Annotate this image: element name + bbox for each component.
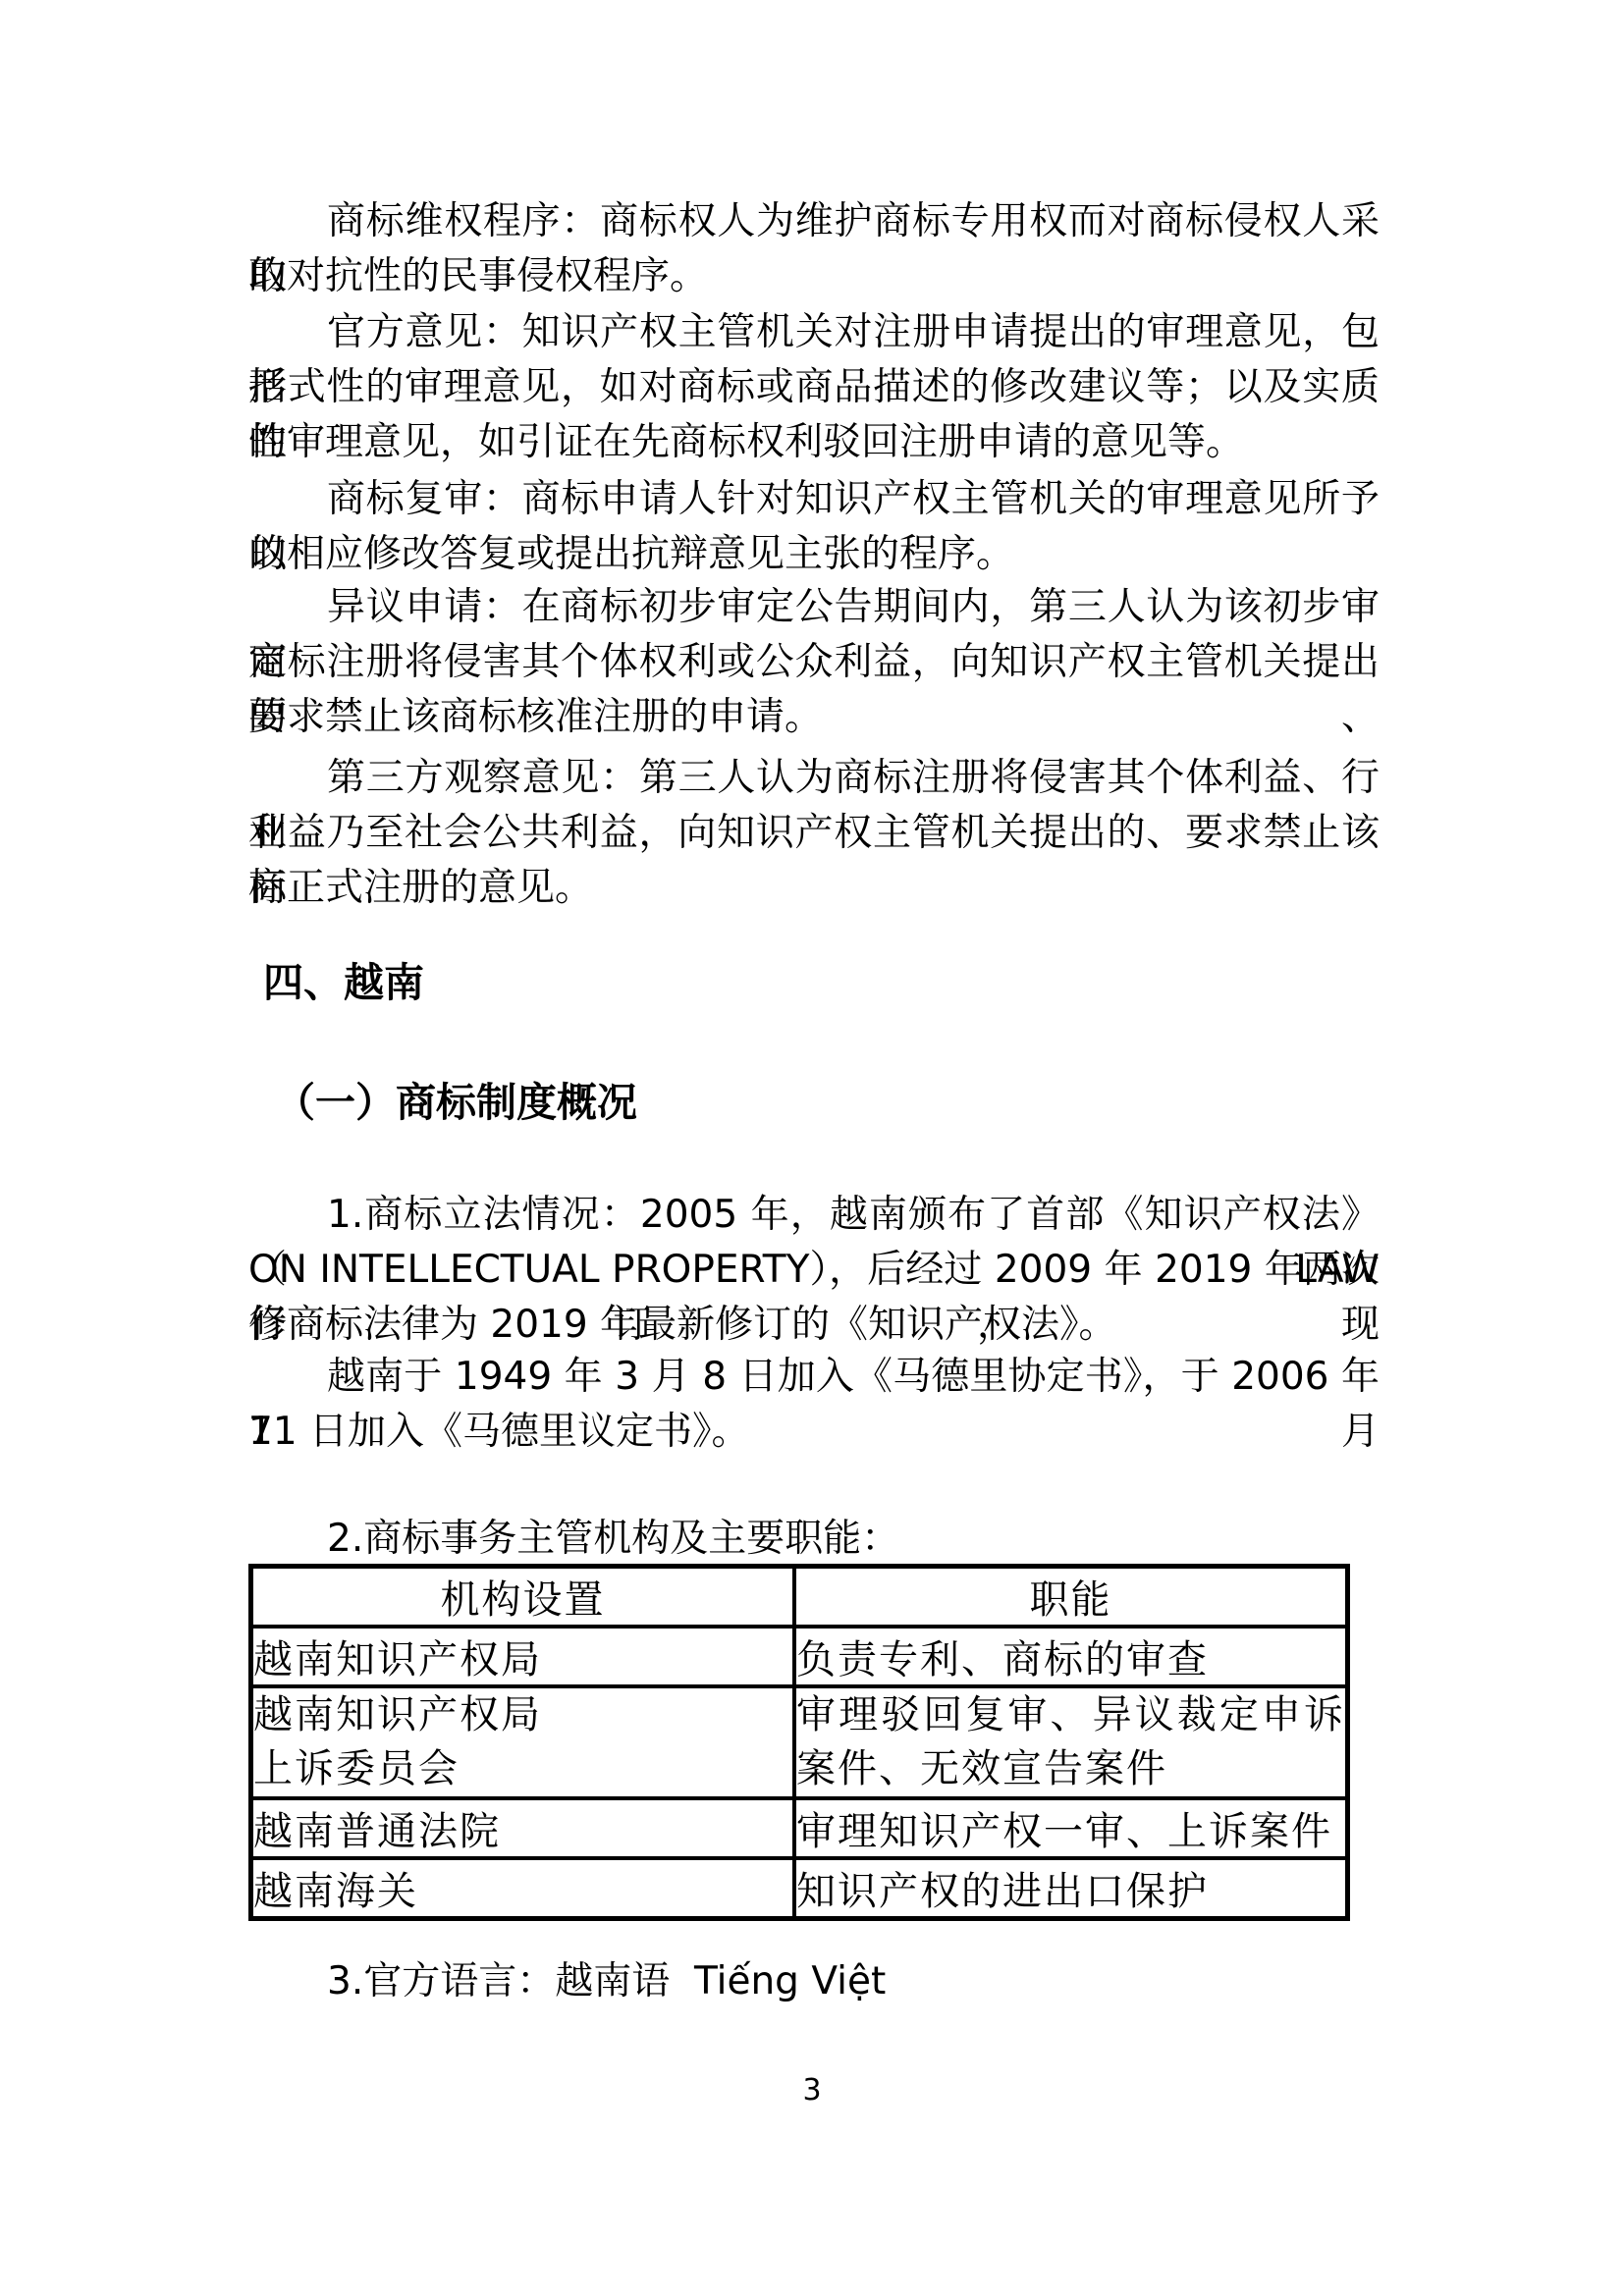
text-line: ON INTELLECTUAL PROPERTY），后经过 2009 年 201… (248, 1243, 1380, 1298)
text-line: 商标复审：商标申请人针对知识产权主管机关的审理意见所予以 (248, 472, 1380, 527)
table-cell-org: 越南海关 (251, 1858, 795, 1919)
text-line: 商标注册将侵害其个体权利或公众利益，向知识产权主管机关提出的、 (248, 635, 1380, 690)
table-row: 越南海关 知识产权的进出口保护 (251, 1858, 1348, 1919)
text-line: 官方意见：知识产权主管机关对注册申请提出的审理意见，包括 (248, 305, 1380, 360)
text-line: 2.商标事务主管机构及主要职能： (248, 1512, 1380, 1567)
table-cell-duty: 审理知识产权一审、上诉案件 (794, 1798, 1348, 1858)
text-line: 商标维权程序：商标权人为维护商标专用权而对商标侵权人采取 (248, 194, 1380, 249)
text-line: 标正式注册的意见。 (248, 861, 1380, 916)
text-line: 的审理意见，如引证在先商标权利驳回注册申请的意见等。 (248, 415, 1380, 470)
table-header-org: 机构设置 (251, 1567, 795, 1628)
text-line: 越南于 1949 年 3 月 8 日加入《马德里协定书》，于 2006 年 7 … (248, 1350, 1380, 1405)
text-line: 3.官方语言：越南语 Tiếng Việt (248, 1954, 1380, 2009)
table-cell-org: 越南知识产权局 (251, 1627, 795, 1686)
subsection-heading-trademark-system-overview: （一）商标制度概况 (275, 1075, 637, 1130)
paragraph-official-language: 3.官方语言：越南语 Tiếng Việt (248, 1954, 1380, 2009)
table-cell-duty: 审理驳回复审、异议裁定申诉 案件、无效宣告案件 (794, 1686, 1348, 1798)
table-row: 越南知识产权局 上诉委员会 审理驳回复审、异议裁定申诉 案件、无效宣告案件 (251, 1686, 1348, 1798)
text-line: 越南知识产权局 (253, 1688, 792, 1742)
text-line: 1.商标立法情况：2005 年，越南颁布了首部《知识产权法》（LAW (248, 1188, 1380, 1243)
paragraph-third-party-observation: 第三方观察意见：第三人认为商标注册将侵害其个体利益、行业 利益乃至社会公共利益，… (248, 751, 1380, 916)
section-heading-vietnam: 四、越南 (263, 955, 424, 1010)
paragraph-trademark-review: 商标复审：商标申请人针对知识产权主管机关的审理意见所予以 的相应修改答复或提出抗… (248, 472, 1380, 582)
table-header-duty: 职能 (794, 1567, 1348, 1628)
table-cell-org: 越南普通法院 (251, 1798, 795, 1858)
paragraph-trademark-legislation: 1.商标立法情况：2005 年，越南颁布了首部《知识产权法》（LAW ON IN… (248, 1188, 1380, 1353)
text-line: 异议申请：在商标初步审定公告期间内，第三人认为该初步审定 (248, 580, 1380, 635)
document-page: 商标维权程序：商标权人为维护商标专用权而对商标侵权人采取 的对抗性的民事侵权程序… (0, 0, 1624, 2296)
text-line: 上诉委员会 (253, 1742, 792, 1796)
paragraph-opposition-application: 异议申请：在商标初步审定公告期间内，第三人认为该初步审定 商标注册将侵害其个体权… (248, 580, 1380, 745)
table-row: 越南普通法院 审理知识产权一审、上诉案件 (251, 1798, 1348, 1858)
text-line: 的相应修改答复或提出抗辩意见主张的程序。 (248, 527, 1380, 582)
paragraph-madrid-accession: 越南于 1949 年 3 月 8 日加入《马德里协定书》，于 2006 年 7 … (248, 1350, 1380, 1460)
table-header-row: 机构设置 职能 (251, 1567, 1348, 1628)
table-cell-duty: 知识产权的进出口保护 (794, 1858, 1348, 1919)
text-line: 审理驳回复审、异议裁定申诉 (796, 1688, 1345, 1742)
text-line: 第三方观察意见：第三人认为商标注册将侵害其个体利益、行业 (248, 751, 1380, 806)
text-line: 的对抗性的民事侵权程序。 (248, 249, 1380, 304)
paragraph-official-opinion: 官方意见：知识产权主管机关对注册申请提出的审理意见，包括 形式性的审理意见，如对… (248, 305, 1380, 470)
text-line: 利益乃至社会公共利益，向知识产权主管机关提出的、要求禁止该商 (248, 806, 1380, 861)
paragraph-table-intro: 2.商标事务主管机构及主要职能： (248, 1512, 1380, 1567)
table-cell-duty: 负责专利、商标的审查 (794, 1627, 1348, 1686)
table-row: 越南知识产权局 负责专利、商标的审查 (251, 1627, 1348, 1686)
org-functions-table: 机构设置 职能 越南知识产权局 负责专利、商标的审查 越南知识产权局 上诉委员会… (248, 1564, 1350, 1921)
paragraph-trademark-enforcement: 商标维权程序：商标权人为维护商标专用权而对商标侵权人采取 的对抗性的民事侵权程序… (248, 194, 1380, 304)
table-cell-org: 越南知识产权局 上诉委员会 (251, 1686, 795, 1798)
text-line: 形式性的审理意见，如对商标或商品描述的修改建议等；以及实质性 (248, 360, 1380, 415)
text-line: 案件、无效宣告案件 (796, 1742, 1345, 1796)
page-number: 3 (0, 2073, 1624, 2109)
